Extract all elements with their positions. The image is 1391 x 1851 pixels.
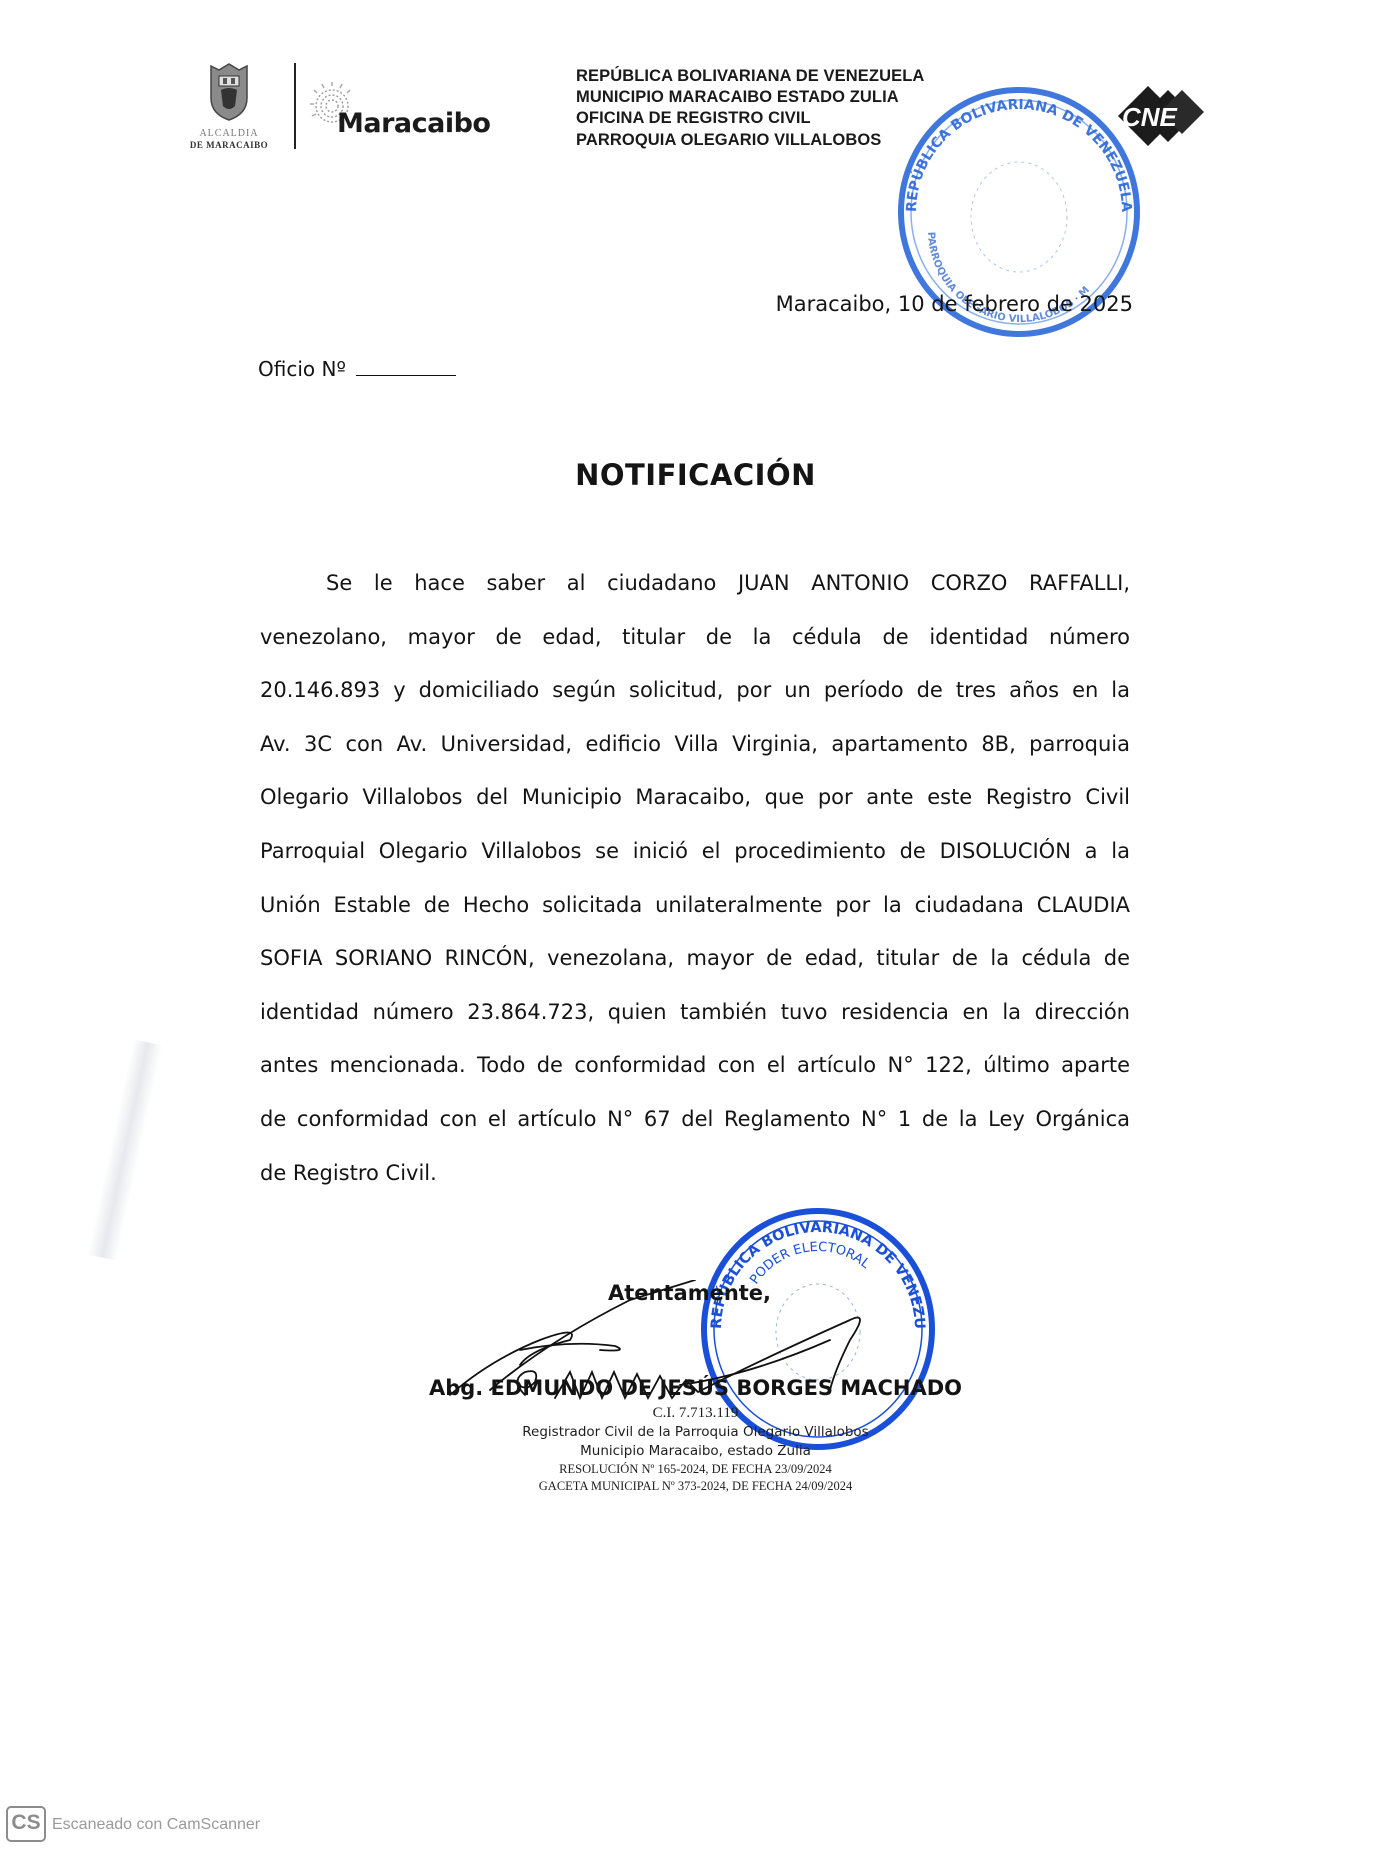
camscanner-watermark: Escaneado con CamScanner [52, 1816, 260, 1834]
body-line: antes mencionada. Todo de conformidad co… [260, 1039, 1130, 1093]
document-title: NOTIFICACIÓN [0, 458, 1391, 492]
body-line: Olegario Villalobos del Municipio Maraca… [260, 771, 1130, 825]
header-line-republic: REPÚBLICA BOLIVARIANA DE VENEZUELA [576, 67, 924, 86]
signatory-ci: C.I. 7.713.119 [0, 1405, 1391, 1422]
svg-text:REPÚBLICA BOLIVARIANA DE VENEZ: REPÚBLICA BOLIVARIANA DE VENEZUELA [904, 97, 1134, 213]
body-line: Parroquial Olegario Villalobos se inició… [260, 825, 1130, 879]
body-line: identidad número 23.864.723, quien tambi… [260, 986, 1130, 1040]
header-line-municipio: MUNICIPIO MARACAIBO ESTADO ZULIA [576, 88, 899, 107]
camscanner-logo-icon: CS [6, 1806, 46, 1842]
maracaibo-wordmark: Maracaibo [337, 108, 490, 139]
body-line: Unión Estable de Hecho solicitada unilat… [260, 879, 1130, 933]
body-line: 20.146.893 y domiciliado según solicitud… [260, 664, 1130, 718]
signatory-role: Registrador Civil de la Parroquia Olegar… [0, 1424, 1391, 1440]
signatory-gazette: GACETA MUNICIPAL Nº 373-2024, DE FECHA 2… [0, 1479, 1391, 1494]
body-line: Se le hace saber al ciudadano JUAN ANTON… [260, 557, 1130, 611]
header-line-parroquia: PARROQUIA OLEGARIO VILLALOBOS [576, 131, 881, 150]
alcaldia-sublabel: DE MARACAIBO [180, 140, 278, 150]
signatory-municipality: Municipio Maracaibo, estado Zulia [0, 1443, 1391, 1459]
notification-body: Se le hace saber al ciudadano JUAN ANTON… [260, 557, 1130, 1200]
body-line: de conformidad con el artículo N° 67 del… [260, 1093, 1130, 1147]
signatory-name: Abg. EDMUNDO DE JESÚS BORGES MACHADO [0, 1376, 1391, 1400]
logo-divider [294, 63, 296, 149]
scan-shadow [87, 1039, 162, 1260]
body-line: venezolano, mayor de edad, titular de la… [260, 611, 1130, 665]
alcaldia-label: ALCALDIA [185, 128, 273, 139]
body-line: Av. 3C con Av. Universidad, edificio Vil… [260, 718, 1130, 772]
header-line-oficina: OFICINA DE REGISTRO CIVIL [576, 109, 811, 128]
oficio-label: Oficio Nº [258, 357, 346, 381]
date-line: Maracaibo, 10 de febrero de 2025 [776, 292, 1133, 316]
signatory-resolution: RESOLUCIÓN Nº 165-2024, DE FECHA 23/09/2… [0, 1462, 1391, 1477]
body-line: de Registro Civil. [260, 1147, 1130, 1201]
oficio-number-blank [356, 357, 456, 376]
oficio-number: Oficio Nº [258, 357, 456, 381]
coat-of-arms-icon [205, 62, 253, 122]
body-line: SOFIA SORIANO RINCÓN, venezolana, mayor … [260, 932, 1130, 986]
